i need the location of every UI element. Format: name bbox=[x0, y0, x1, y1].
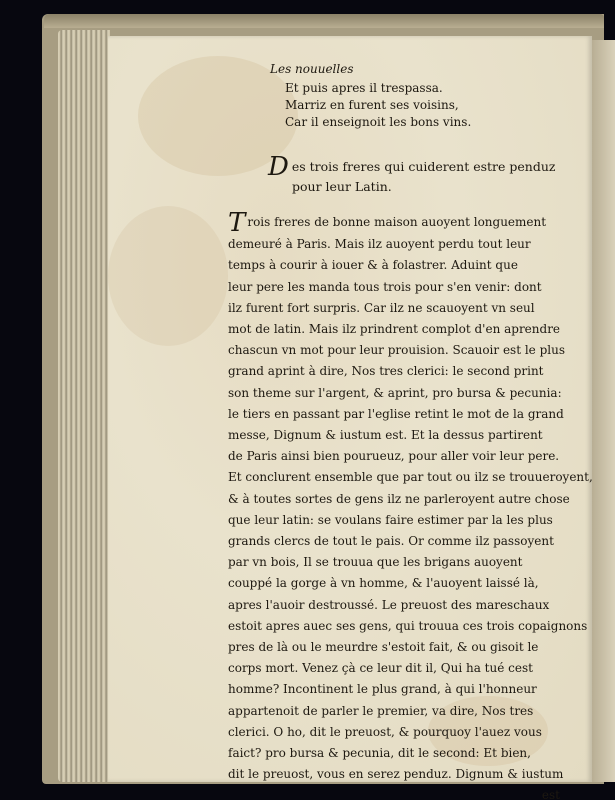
verse: Et puis apres il trespassa. Marriz en fu… bbox=[285, 80, 580, 131]
body-line: corps mort. Venez çà ce leur dit il, Qui… bbox=[228, 658, 560, 679]
running-head: Les nouuelles bbox=[150, 62, 580, 76]
body-line: mot de latin. Mais ilz prindrent complot… bbox=[228, 319, 560, 340]
body-line: grand aprint à dire, Nos tres clerici: l… bbox=[228, 361, 560, 382]
body-line: son theme sur l'argent, & aprint, pro bu… bbox=[228, 383, 560, 404]
title-line-2: pour leur Latin. bbox=[268, 177, 580, 196]
body-line: faict? pro bursa & pecunia, dit le secon… bbox=[228, 743, 560, 764]
body-line: clerici. O ho, dit le preuost, & pourquo… bbox=[228, 722, 560, 743]
body-line: homme? Incontinent le plus grand, à qui … bbox=[228, 679, 560, 700]
body-line: leur pere les manda tous trois pour s'en… bbox=[228, 277, 560, 298]
body-line: demeuré à Paris. Mais ilz auoyent perdu … bbox=[228, 234, 560, 255]
body-line: rois freres de bonne maison auoyent long… bbox=[247, 215, 546, 229]
body-line: apres l'auoir destroussé. Le preuost des… bbox=[228, 595, 560, 616]
verse-line: Car il enseignoit les bons vins. bbox=[285, 114, 580, 131]
body-line: dit le preuost, vous en serez penduz. Di… bbox=[228, 764, 560, 785]
body-line: ilz furent fort surpris. Car ilz ne scau… bbox=[228, 298, 560, 319]
body-line: Et conclurent ensemble que par tout ou i… bbox=[228, 467, 560, 488]
catchword: est bbox=[228, 785, 560, 800]
page-text: Les nouuelles Et puis apres il trespassa… bbox=[150, 62, 580, 800]
book-cover-top-edge bbox=[44, 14, 604, 28]
body-line: couppé la gorge à vn homme, & l'auoyent … bbox=[228, 573, 560, 594]
body-line: chascun vn mot pour leur prouision. Scau… bbox=[228, 340, 560, 361]
body-line: pres de là ou le meurdre s'estoit fait, … bbox=[228, 637, 560, 658]
body-line: temps à courir à iouer & à folastrer. Ad… bbox=[228, 255, 560, 276]
verse-line: Marriz en furent ses voisins, bbox=[285, 97, 580, 114]
page-stack-edge bbox=[58, 30, 110, 782]
body-line: que leur latin: se voulans faire estimer… bbox=[228, 510, 560, 531]
title-initial: D bbox=[268, 152, 289, 182]
body-line: de Paris ainsi bien pourueuz, pour aller… bbox=[228, 446, 560, 467]
chapter-title: Des trois freres qui cuiderent estre pen… bbox=[268, 157, 580, 196]
body-line: par vn bois, Il se trouua que les brigan… bbox=[228, 552, 560, 573]
body-line: estoit apres auec ses gens, qui trouua c… bbox=[228, 616, 560, 637]
body-line: appartenoit de parler le premier, va dir… bbox=[228, 701, 560, 722]
verse-line: Et puis apres il trespassa. bbox=[285, 80, 580, 97]
body-text: Trois freres de bonne maison auoyent lon… bbox=[228, 212, 560, 800]
title-line-1: es trois freres qui cuiderent estre pend… bbox=[292, 159, 556, 174]
body-line: messe, Dignum & iustum est. Et la dessus… bbox=[228, 425, 560, 446]
body-line: le tiers en passant par l'eglise retint … bbox=[228, 404, 560, 425]
body-line: & à toutes sortes de gens ilz ne parlero… bbox=[228, 489, 560, 510]
facing-page-edge bbox=[592, 40, 615, 782]
body-line: grands clercs de tout le pais. Or comme … bbox=[228, 531, 560, 552]
